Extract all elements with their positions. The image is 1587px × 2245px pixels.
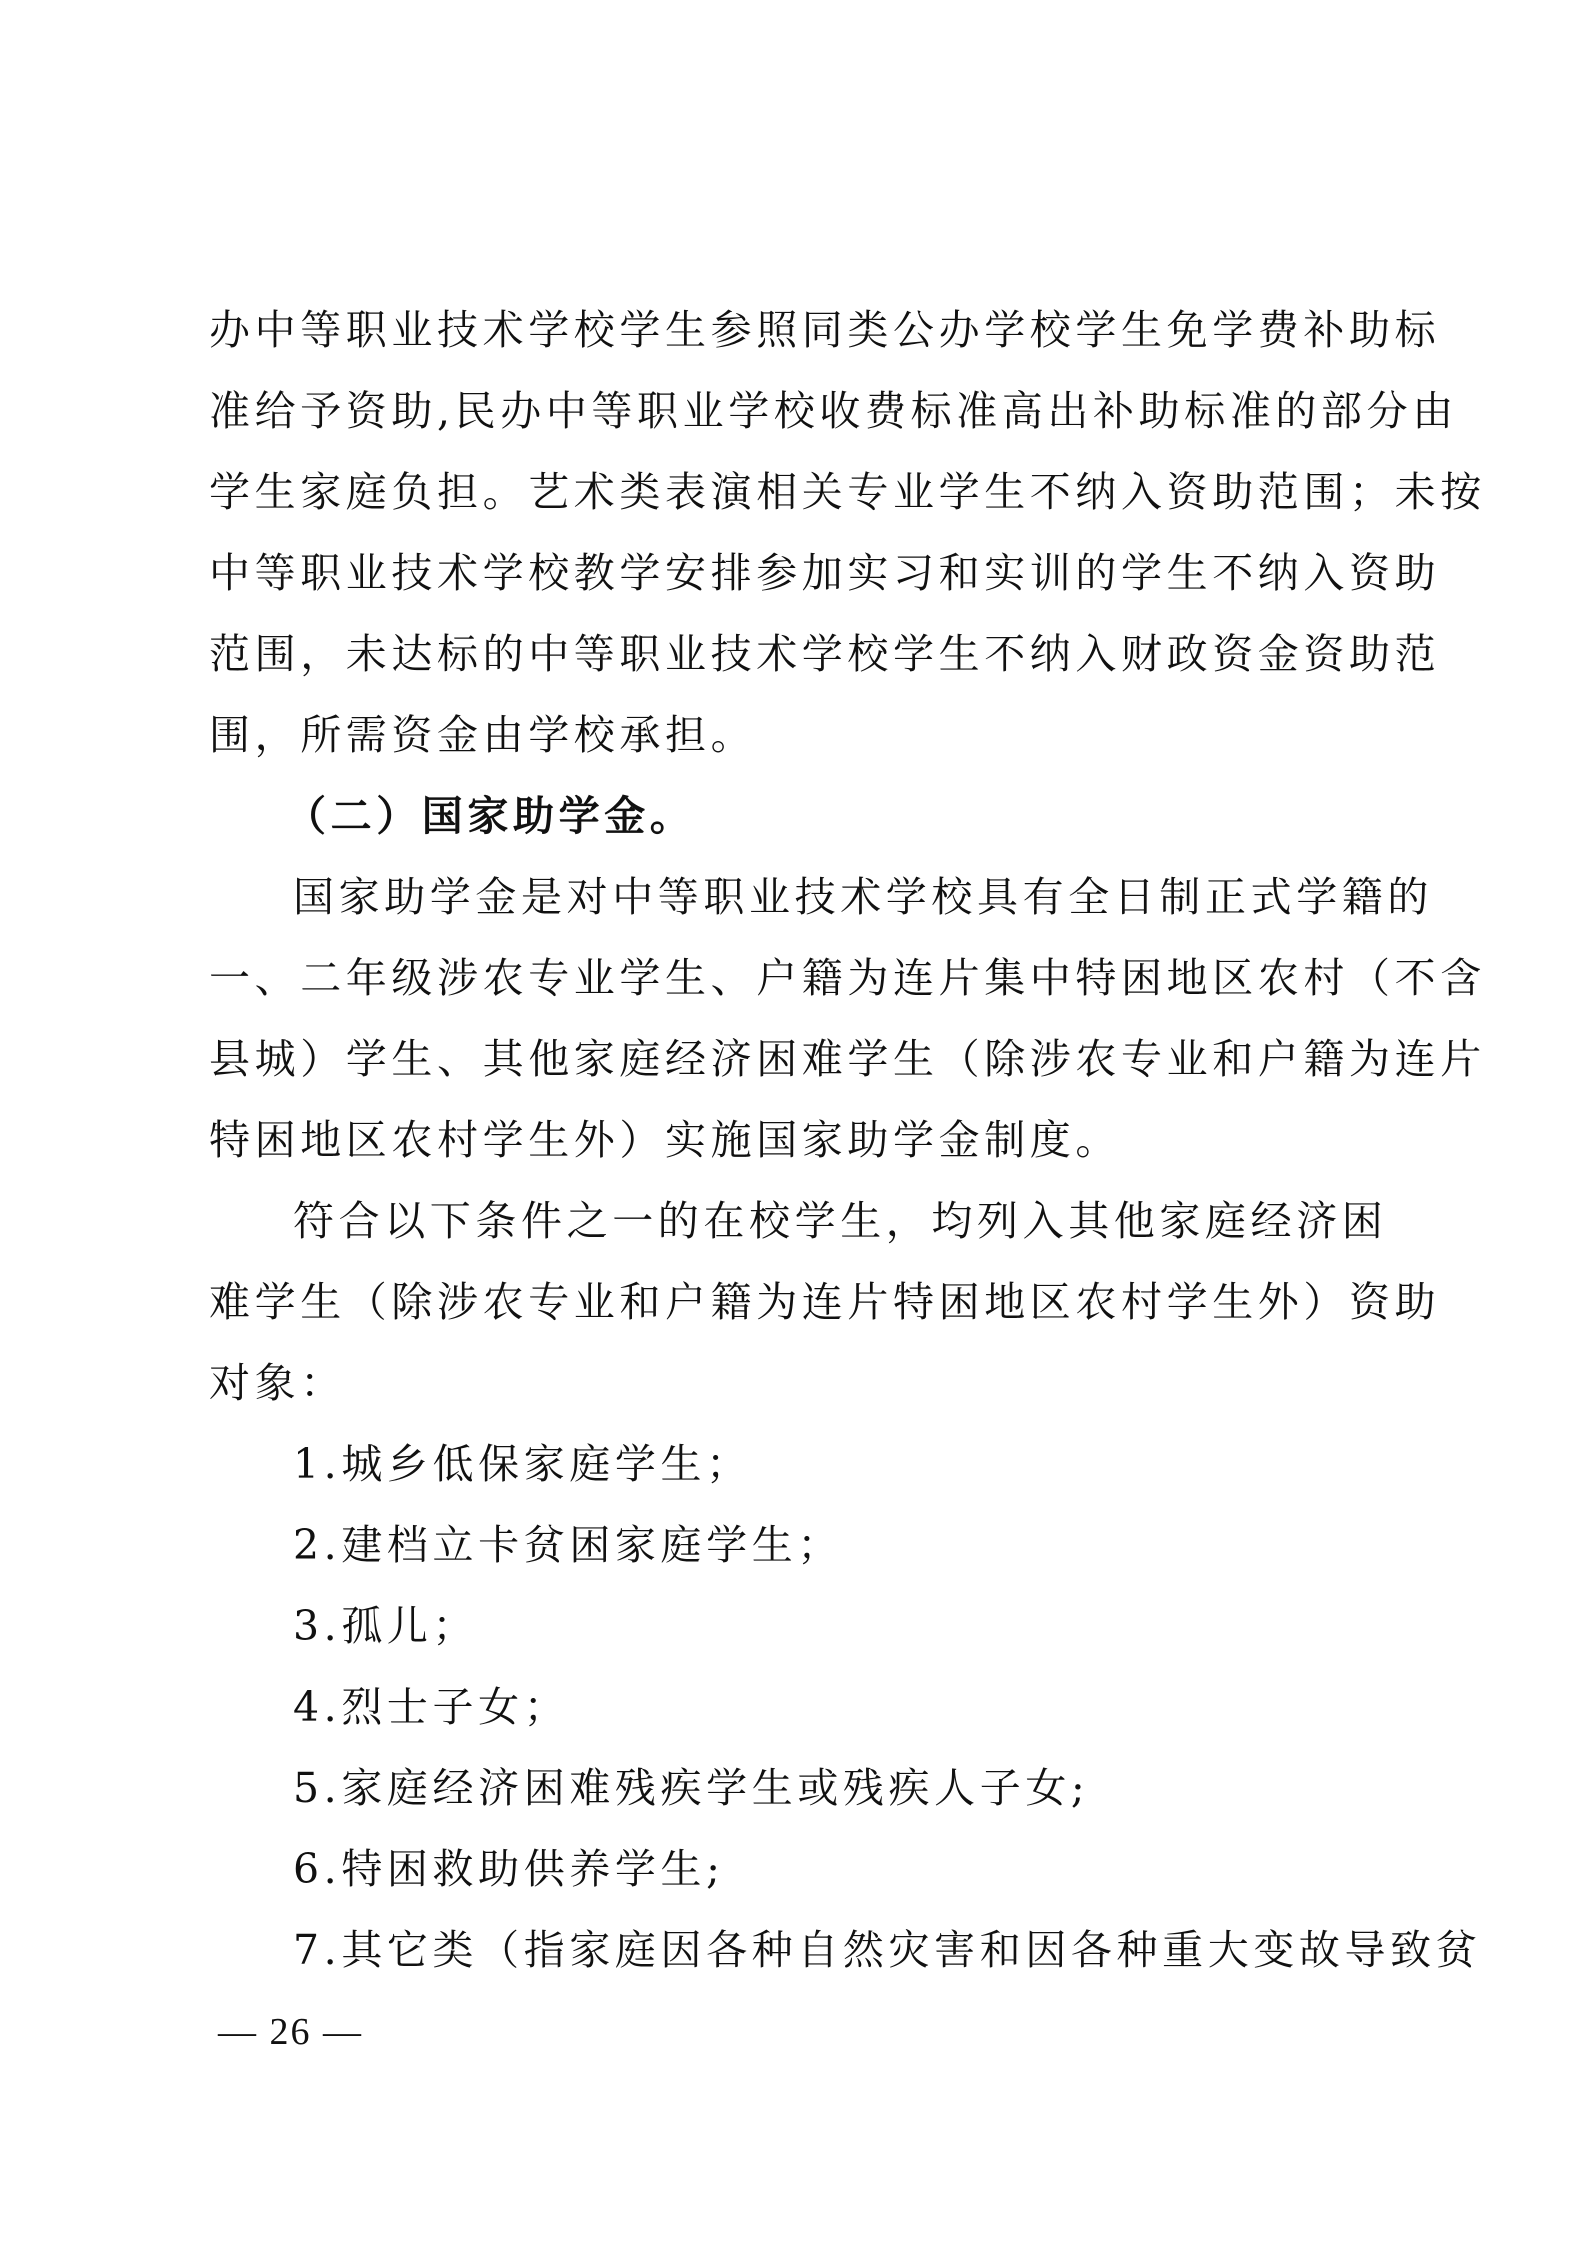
list-item: 1.城乡低保家庭学生； bbox=[293, 1439, 1473, 1489]
list-item: 4.烈士子女； bbox=[293, 1682, 1473, 1732]
list-item: 3.孤儿； bbox=[293, 1601, 1473, 1651]
paragraph-line: 县城）学生、其他家庭经济困难学生（除涉农专业和户籍为连片 bbox=[209, 1034, 1389, 1084]
paragraph-line: 一、二年级涉农专业学生、户籍为连片集中特困地区农村（不含 bbox=[209, 953, 1389, 1003]
paragraph-line: 特困地区农村学生外）实施国家助学金制度。 bbox=[209, 1115, 1389, 1165]
paragraph-line: 办中等职业技术学校学生参照同类公办学校学生免学费补助标 bbox=[209, 305, 1389, 355]
paragraph-line: 对象： bbox=[209, 1358, 1389, 1408]
list-item: 6.特困救助供养学生; bbox=[293, 1844, 1473, 1894]
list-item: 7.其它类（指家庭因各种自然灾害和因各种重大变故导致贫 bbox=[293, 1925, 1473, 1975]
document-page: 办中等职业技术学校学生参照同类公办学校学生免学费补助标 准给予资助,民办中等职业… bbox=[0, 0, 1587, 2245]
list-item: 2.建档立卡贫困家庭学生； bbox=[293, 1520, 1473, 1570]
paragraph-line: 学生家庭负担。艺术类表演相关专业学生不纳入资助范围；未按 bbox=[209, 467, 1389, 517]
paragraph-line: 范围，未达标的中等职业技术学校学生不纳入财政资金资助范 bbox=[209, 629, 1389, 679]
section-heading: （二）国家助学金。 bbox=[285, 791, 1465, 841]
paragraph-line: 围，所需资金由学校承担。 bbox=[209, 710, 1389, 760]
paragraph-line: 准给予资助,民办中等职业学校收费标准高出补助标准的部分由 bbox=[209, 386, 1389, 436]
paragraph-line: 符合以下条件之一的在校学生，均列入其他家庭经济困 bbox=[293, 1196, 1473, 1246]
page-number: — 26 — bbox=[218, 2010, 363, 2054]
paragraph-line: 中等职业技术学校教学安排参加实习和实训的学生不纳入资助 bbox=[209, 548, 1389, 598]
paragraph-line: 国家助学金是对中等职业技术学校具有全日制正式学籍的 bbox=[293, 872, 1473, 922]
list-item: 5.家庭经济困难残疾学生或残疾人子女; bbox=[293, 1763, 1473, 1813]
paragraph-line: 难学生（除涉农专业和户籍为连片特困地区农村学生外）资助 bbox=[209, 1277, 1389, 1327]
